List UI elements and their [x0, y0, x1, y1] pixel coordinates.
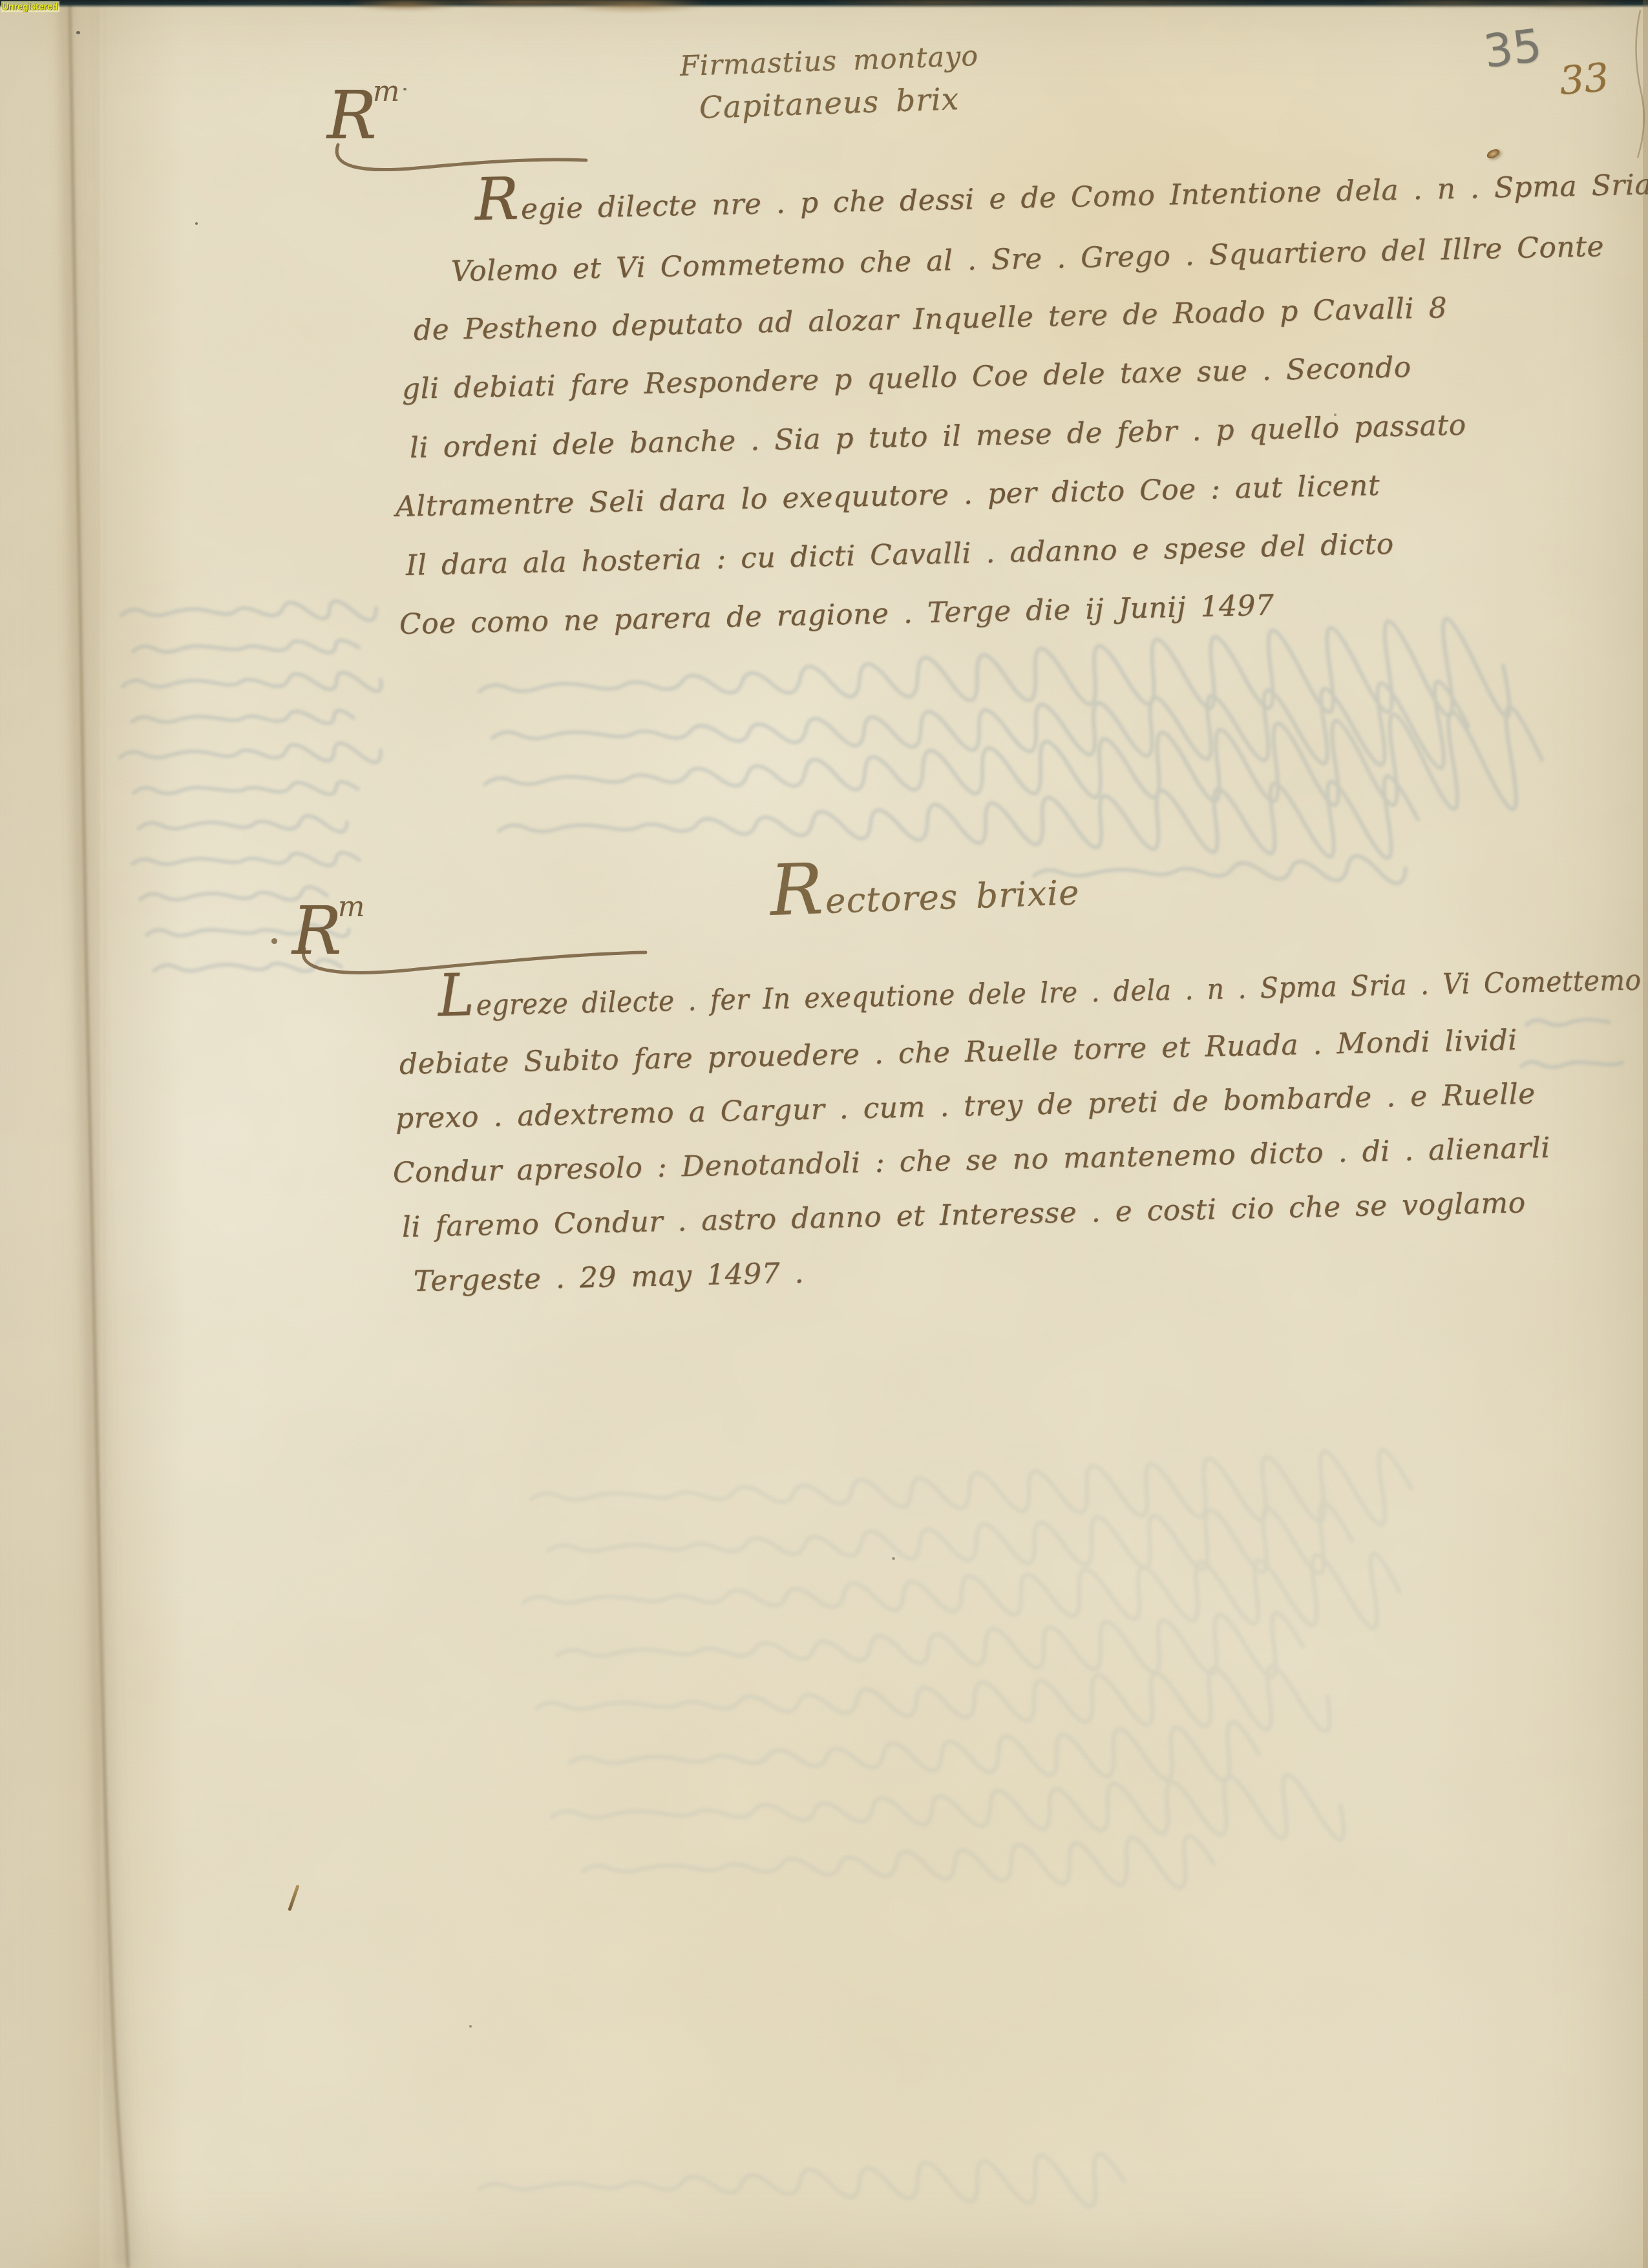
speck [195, 222, 198, 225]
folio-number-ink: 33 [1558, 55, 1611, 104]
margin-ink-dot [271, 938, 277, 944]
margin-mark-superscript: m [338, 890, 365, 923]
top-edge-stain [349, 0, 724, 17]
folio-number-pencil: 35 [1481, 19, 1544, 78]
speck [76, 31, 80, 34]
manuscript-page: Unregistered 35 33 Firmastius montayo Ca… [0, 0, 1648, 2268]
margin-mark-superscript: m [373, 75, 400, 108]
speck [469, 2025, 472, 2028]
right-edge-shade [1643, 0, 1648, 2268]
speck [1334, 414, 1336, 416]
top-edge-stain [1338, 0, 1622, 14]
scan-watermark: Unregistered [1, 1, 59, 12]
speck [892, 1557, 895, 1560]
top-edge-stain [801, 0, 1267, 13]
margin-mark-tail [326, 133, 598, 178]
entry-2-heading: Rectores brixie [769, 855, 1080, 923]
manuscript-line: Tergeste . 29 may 1497 . [413, 1253, 804, 1303]
speck [403, 88, 407, 90]
